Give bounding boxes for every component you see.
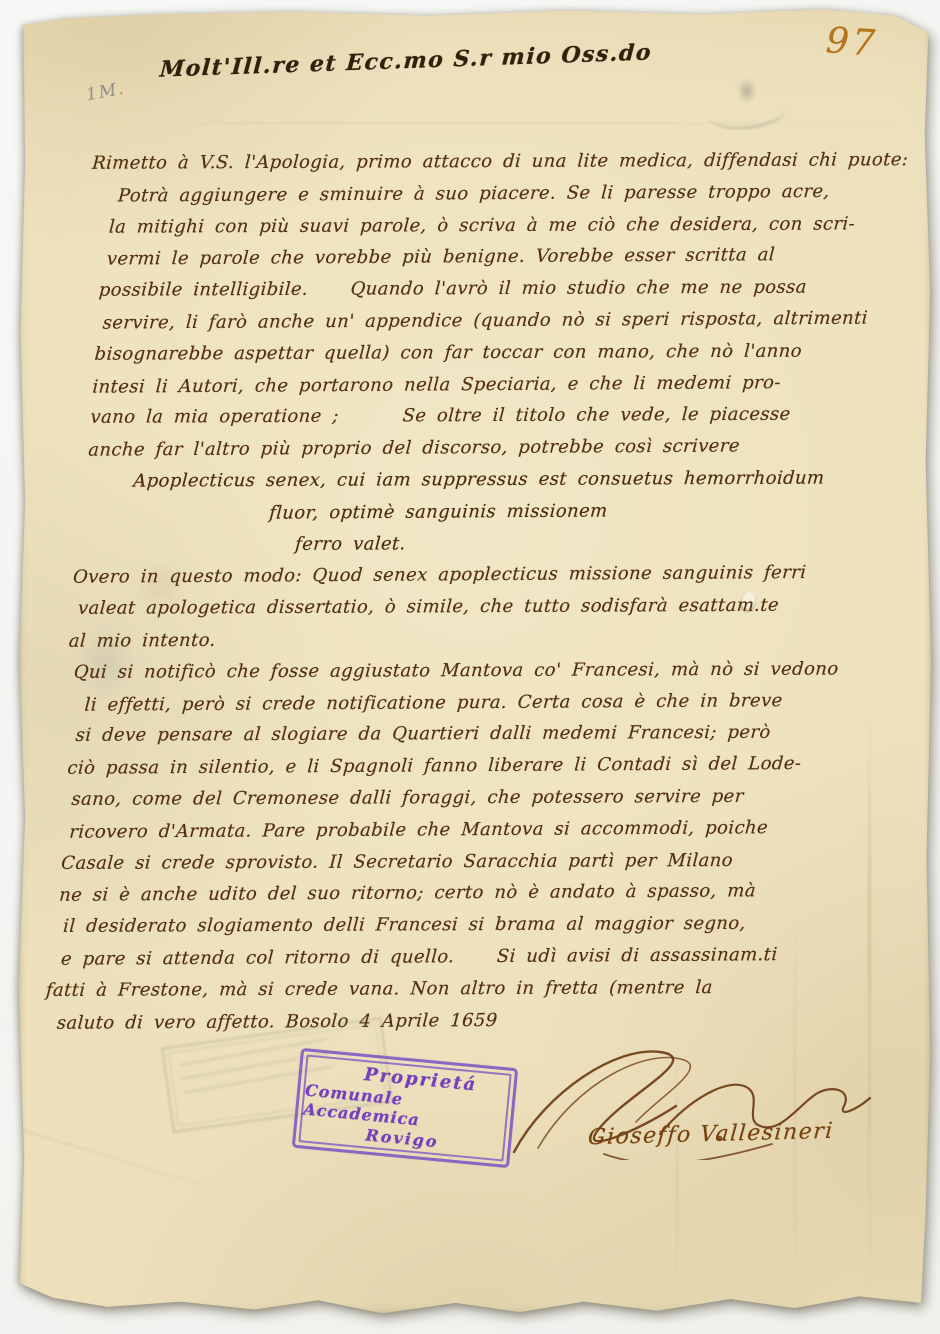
scanned-letter: 1M. Molt'Ill.re et Ecc.mo S.r mio Oss.do… — [0, 0, 940, 1334]
salutation-abbreviation: Molt'Ill.re et Ecc.mo S.r mio Oss.do — [15, 34, 796, 87]
letter-line: fatti à Frestone, mà si crede vana. Non … — [45, 971, 899, 1007]
letter-line: bisognarebbe aspettar quella) con far to… — [94, 335, 940, 370]
letter-line: il desiderato slogiamento delli Francesi… — [62, 907, 903, 942]
pencil-smudge-arc — [706, 92, 787, 133]
paper-sheet: 1M. Molt'Ill.re et Ecc.mo S.r mio Oss.do… — [16, 4, 932, 1316]
letter-line: ricovero d'Armata. Pare probabile che Ma… — [68, 811, 909, 848]
letter-line: Qui si notificò che fosse aggiustato Man… — [73, 653, 920, 688]
letter-line: valeat apologetica dissertatio, ò simile… — [77, 589, 924, 624]
archive-ownership-stamp: Proprietá Comunale Accademica Rovigo — [292, 1048, 518, 1168]
letter-line: Rimetto à V.S. l'Apologia, primo attacco… — [91, 144, 940, 180]
letter-line-latin: ferro valet. — [294, 526, 928, 561]
letter-line: si deve pensare al slogiare da Quartieri… — [75, 717, 916, 752]
letter-line: e pare si attenda col ritorno di quello.… — [60, 938, 901, 975]
letter-line: possibile intelligibile. Quando l'avrò i… — [98, 271, 940, 306]
letter-line: anche far l'altro più proprio del discor… — [87, 429, 934, 466]
letter-line: ciò passa in silentio, e li Spagnoli fan… — [66, 747, 913, 784]
paper-surface: 1M. Molt'Ill.re et Ecc.mo S.r mio Oss.do… — [16, 4, 932, 1316]
letter-line: vermi le parole che vorebbe più benigne.… — [106, 239, 940, 276]
letter-line: vano la mia operatione ; Se oltre il tit… — [89, 398, 936, 433]
letter-line: servire, li farò anche un' appendice (qu… — [102, 302, 940, 339]
archive-stamp-inner-border: Proprietá Comunale Accademica Rovigo — [298, 1055, 511, 1162]
letter-line: ne si è anche udito del suo ritorno; cer… — [58, 875, 905, 912]
folio-number: 97 — [825, 20, 880, 65]
letter-body: Rimetto à V.S. l'Apologia, primo attacco… — [35, 144, 940, 1038]
letter-line-latin: fluor, optimè sanguinis missionem — [268, 493, 930, 529]
letter-line: Casale si crede sprovisto. Il Secretario… — [60, 844, 907, 879]
letter-line: sano, come del Cremonese dalli foraggi, … — [70, 780, 911, 815]
letter-line: li effetti, però si crede notificatione … — [84, 684, 918, 721]
letter-line: la mitighi con più suavi parole, ò scriv… — [108, 208, 940, 243]
letter-line: Overo in questo modo: Quod senex apoplec… — [72, 557, 926, 594]
horizontal-crease — [46, 122, 906, 124]
letter-line-dateline: saluto di vero affetto. Bosolo 4 Aprile … — [56, 1002, 897, 1039]
diagonal-crease — [2, 1123, 270, 1207]
letter-line: Potrà aggiungere e sminuire à suo piacer… — [117, 175, 940, 212]
letter-line: intesi li Autori, che portarono nella Sp… — [91, 366, 938, 403]
letter-line: al mio intento. — [68, 620, 922, 657]
letter-line-latin: Apoplecticus senex, cui iam suppressus e… — [132, 462, 932, 497]
